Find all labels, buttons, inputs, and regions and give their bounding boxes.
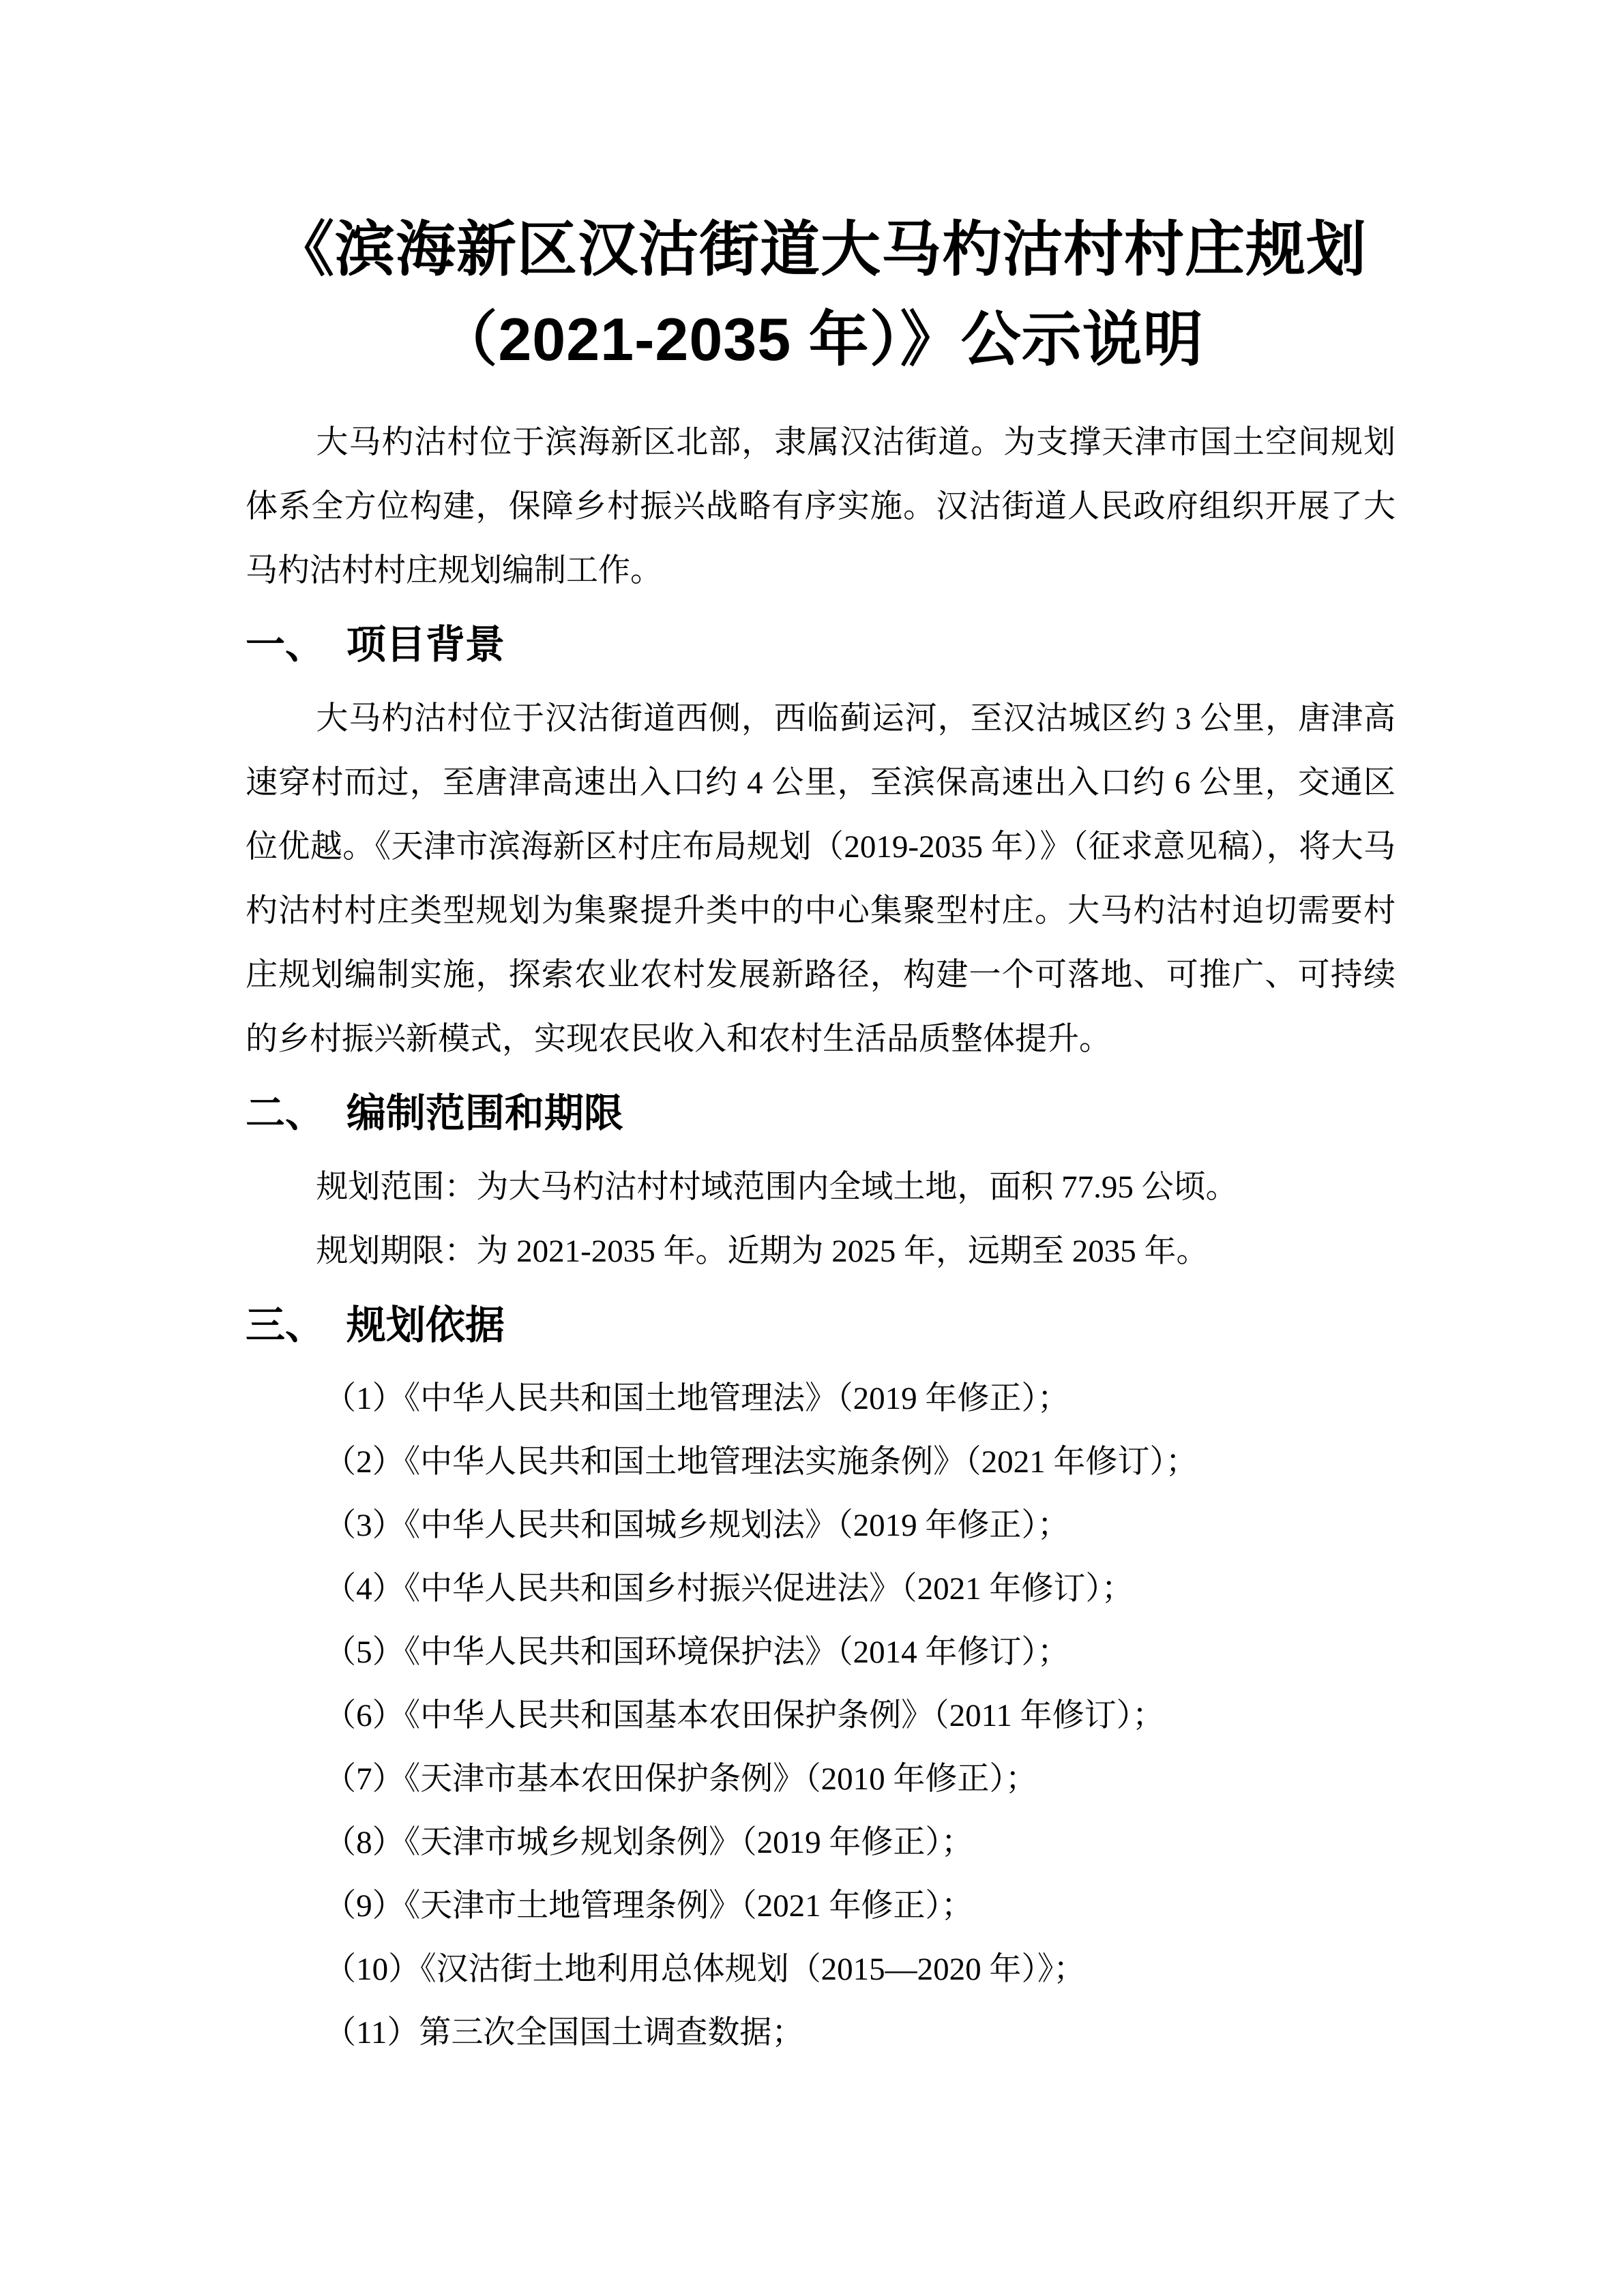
body-paragraph: 规划范围：为大马杓沽村村域范围内全域土地，面积 77.95 公顷。 [246,1155,1396,1219]
body-paragraph: 规划期限：为 2021-2035 年。近期为 2025 年，远期至 2035 年… [246,1219,1396,1283]
document-body: 大马杓沽村位于滨海新区北部，隶属汉沽街道。为支撑天津市国土空间规划体系全方位构建… [246,411,1396,2065]
list-item: （2）《中华人民共和国土地管理法实施条例》（2021 年修订）； [246,1431,1396,1494]
section-title: 编制范围和期限 [346,1091,623,1135]
section-number: 二、 [246,1081,325,1146]
list-item: （7）《天津市基本农田保护条例》（2010 年修正）； [246,1748,1396,1811]
section-title: 规划依据 [346,1303,505,1347]
list-item: （5）《中华人民共和国环境保护法》（2014 年修订）； [246,1621,1396,1684]
document-title-line-1: 《滨海新区汉沽街道大马杓沽村村庄规划 [246,205,1396,295]
section-heading-1: 一、项目背景 [246,612,1396,677]
list-item: （8）《天津市城乡规划条例》（2019 年修正）； [246,1811,1396,1875]
section-number: 一、 [246,612,325,677]
list-item: （6）《中华人民共和国基本农田保护条例》（2011 年修订）； [246,1684,1396,1748]
list-item: （1）《中华人民共和国土地管理法》（2019 年修正）； [246,1367,1396,1431]
section-heading-3: 三、规划依据 [246,1293,1396,1358]
document-title: 《滨海新区汉沽街道大马杓沽村村庄规划 （2021-2035 年）》公示说明 [246,205,1396,385]
list-item: （9）《天津市土地管理条例》（2021 年修正）； [246,1875,1396,1938]
document-title-line-2: （2021-2035 年）》公示说明 [246,295,1396,385]
list-item: （3）《中华人民共和国城乡规划法》（2019 年修正）； [246,1494,1396,1557]
intro-paragraph: 大马杓沽村位于滨海新区北部，隶属汉沽街道。为支撑天津市国土空间规划体系全方位构建… [246,411,1396,603]
section-number: 三、 [246,1293,325,1358]
list-item: （10）《汉沽街土地利用总体规划（2015—2020 年）》； [246,1938,1396,2001]
document-page: 《滨海新区汉沽街道大马杓沽村村庄规划 （2021-2035 年）》公示说明 大马… [0,0,1624,2296]
sections-container: 一、项目背景大马杓沽村位于汉沽街道西侧，西临蓟运河，至汉沽城区约 3 公里，唐津… [246,612,1396,2065]
list-item: （11）第三次全国国土调查数据； [246,2001,1396,2065]
list-item: （4）《中华人民共和国乡村振兴促进法》（2021 年修订）； [246,1557,1396,1621]
section-title: 项目背景 [346,623,505,667]
section-heading-2: 二、编制范围和期限 [246,1081,1396,1146]
body-paragraph: 大马杓沽村位于汉沽街道西侧，西临蓟运河，至汉沽城区约 3 公里，唐津高速穿村而过… [246,687,1396,1071]
